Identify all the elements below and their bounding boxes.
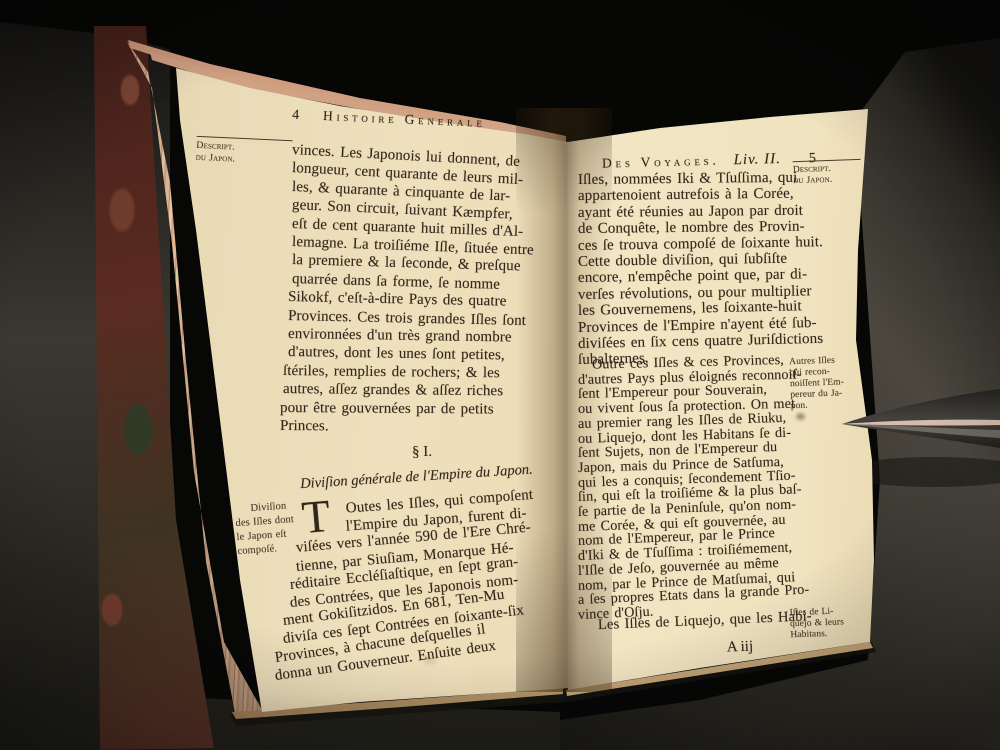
left-page-number: 4 (292, 108, 300, 124)
book-reference: Liv. II. (733, 151, 781, 169)
right-paragraph-3: Les Iſles de Liquejo, que les Habi- (578, 618, 858, 634)
blade-tip-shadow (796, 413, 805, 420)
signature-mark: A iij (700, 638, 781, 658)
text-line: pour être gouvernées par de petits (280, 399, 577, 419)
left-paragraph-1: vinces. Les Japonois lui donnent, delong… (292, 141, 577, 436)
margin-note-descript-left: Descript.du Japon. (195, 136, 292, 168)
left-paragraph-2: Outes les Iſles, qui compoſentl'Empire d… (300, 503, 590, 685)
pointer-blade (826, 384, 1000, 456)
right-paragraph-2: Outre ces Iſles & ces Provinces,d'autres… (578, 358, 858, 623)
running-title-right: Des Voyages. (602, 153, 720, 172)
book-photo: 4 Histoire Generale Descript.du Japon. v… (0, 0, 1000, 750)
text-line: Princes. (280, 417, 577, 437)
right-paragraph-1: Iſles, nommées Iki & Tſuſſima, quiappart… (578, 172, 858, 369)
